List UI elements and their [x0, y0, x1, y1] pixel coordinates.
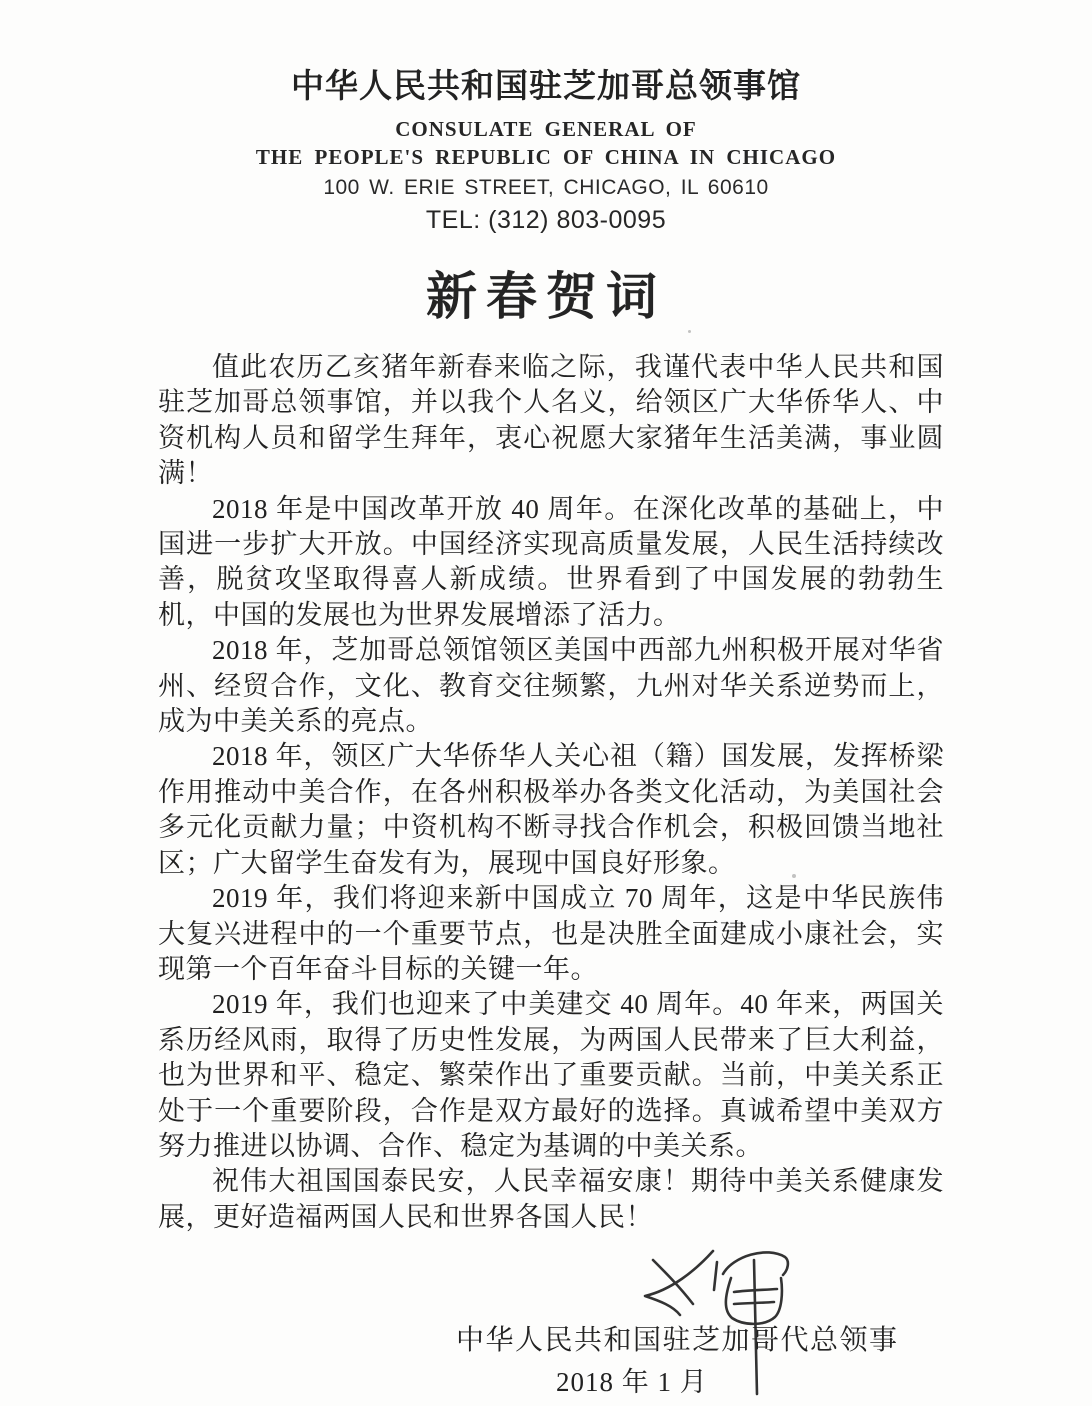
body-paragraph: 2019 年，我们将迎来新中国成立 70 周年，这是中华民族伟大复兴进程中的一个… [158, 881, 944, 987]
body-paragraph: 2019 年，我们也迎来了中美建交 40 周年。40 年来，两国关系历经风雨，取… [158, 987, 944, 1164]
scan-speck [792, 874, 796, 878]
telephone-number: TEL: (312) 803-0095 [0, 206, 1092, 235]
street-address: 100 W. ERIE STREET, CHICAGO, IL 60610 [0, 176, 1092, 200]
document-title: 新春贺词 [0, 255, 1092, 329]
scanned-letter-page: 中华人民共和国驻芝加哥总领事馆 CONSULATE GENERAL OF THE… [0, 0, 1092, 1406]
handwritten-signature [633, 1244, 798, 1402]
body-paragraph: 祝伟大祖国国泰民安，人民幸福安康！期待中美关系健康发展，更好造福两国人民和世界各… [158, 1164, 944, 1235]
scan-speck [908, 891, 911, 894]
body-paragraph: 2018 年是中国改革开放 40 周年。在深化改革的基础上，中国进一步扩大开放。… [158, 492, 944, 634]
org-name-chinese: 中华人民共和国驻芝加哥总领事馆 [0, 60, 1092, 107]
signer-title: 中华人民共和国驻芝加哥代总领事 [456, 1318, 899, 1358]
org-name-english-line1: CONSULATE GENERAL OF [0, 117, 1092, 142]
body-paragraph: 值此农历乙亥猪年新春来临之际，我谨代表中华人民共和国驻芝加哥总领事馆，并以我个人… [158, 350, 944, 492]
signature-date: 2018 年 1 月 [556, 1360, 708, 1399]
org-name-english-line2: THE PEOPLE'S REPUBLIC OF CHINA IN CHICAG… [0, 145, 1092, 170]
scan-speck [893, 1008, 896, 1011]
body-paragraph: 2018 年，芝加哥总领馆领区美国中西部九州积极开展对华省州、经贸合作，文化、教… [158, 633, 944, 739]
letterhead: 中华人民共和国驻芝加哥总领事馆 CONSULATE GENERAL OF THE… [0, 60, 1092, 235]
scan-speck [688, 330, 691, 333]
body-paragraph: 2018 年，领区广大华侨华人关心祖（籍）国发展，发挥桥梁作用推动中美合作，在各… [158, 739, 944, 881]
letter-body: 值此农历乙亥猪年新春来临之际，我谨代表中华人民共和国驻芝加哥总领事馆，并以我个人… [158, 350, 944, 1235]
